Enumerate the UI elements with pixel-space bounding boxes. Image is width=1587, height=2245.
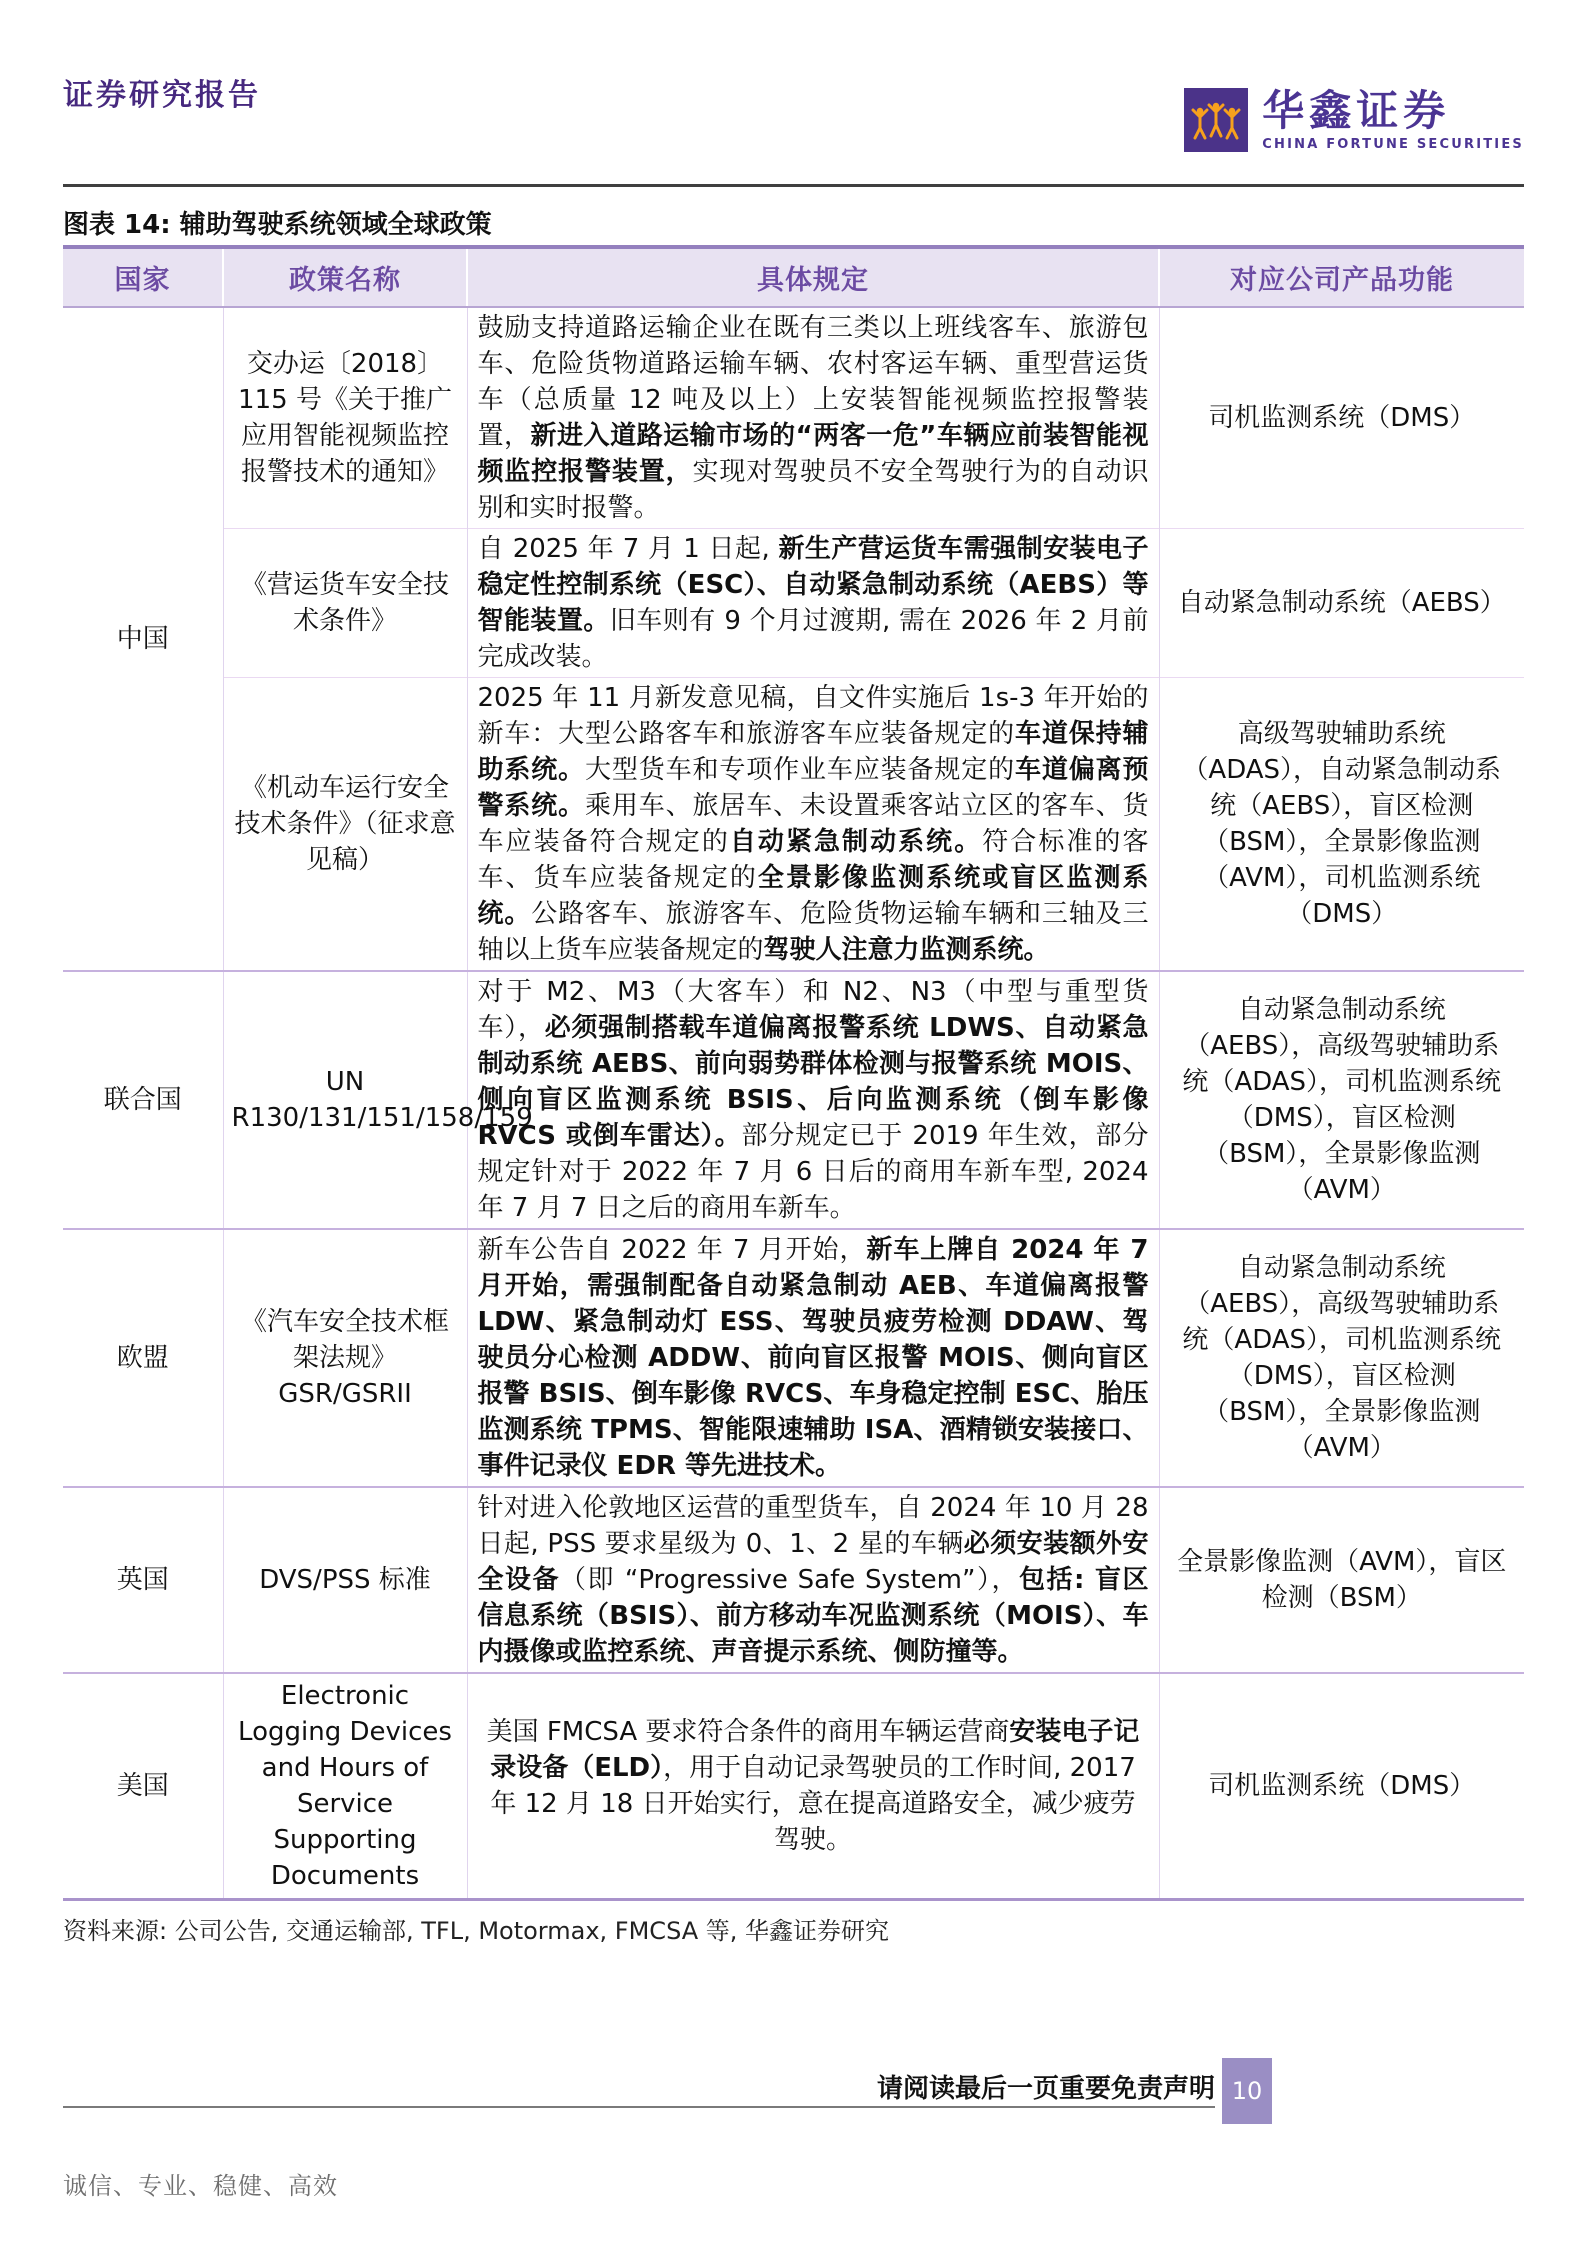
regulation-cell: 新车公告自 2022 年 7 月开始，新车上牌自 2024 年 7 月开始，需强… [467,1229,1159,1487]
policy-name-cell: DVS/PSS 标准 [223,1487,467,1673]
col-header-country: 国家 [63,247,223,307]
regulation-segment: 自 2025 年 7 月 1 日起, [478,534,779,564]
regulation-bold-segment: 驾驶人注意力监测系统。 [764,935,1050,965]
country-cell: 欧盟 [63,1229,223,1487]
products-cell: 高级驾驶辅助系统（ADAS），自动紧急制动系统（AEBS），盲区检测（BSM），… [1159,678,1524,972]
regulation-segment: 美国 FMCSA 要求符合条件的商用车辆运营商 [487,1717,1010,1747]
regulation-cell: 对于 M2、M3（大客车）和 N2、N3（中型与重型货车），必须强制搭载车道偏离… [467,971,1159,1229]
policy-name-cell: 《汽车安全技术框架法规》GSR/GSRII [223,1229,467,1487]
brand-name-cn: 华鑫证券 [1262,88,1524,134]
footer-slogan: 诚信、专业、稳健、高效 [63,2166,338,2201]
products-cell: 自动紧急制动系统（AEBS） [1159,529,1524,678]
policy-table-wrap: 国家 政策名称 具体规定 对应公司产品功能 中国交办运〔2018〕115 号《关… [63,245,1524,1946]
report-page: 证券研究报告 华鑫证券 CHINA FORTUNE SECURITIES 图表 … [0,0,1587,2245]
table-row: 英国DVS/PSS 标准针对进入伦敦地区运营的重型货车，自 2024 年 10 … [63,1487,1524,1673]
brand-block: 华鑫证券 CHINA FORTUNE SECURITIES [1184,88,1524,152]
col-header-regulation: 具体规定 [467,247,1159,307]
policy-table: 国家 政策名称 具体规定 对应公司产品功能 中国交办运〔2018〕115 号《关… [63,245,1524,1901]
policy-name-cell: 《营运货车安全技术条件》 [223,529,467,678]
brand-text: 华鑫证券 CHINA FORTUNE SECURITIES [1262,88,1524,152]
regulation-segment: （即 “Progressive Safe System”）， [560,1565,1019,1595]
regulation-cell: 自 2025 年 7 月 1 日起, 新生产营运货车需强制安装电子稳定性控制系统… [467,529,1159,678]
dancing-figures-icon [1190,98,1242,142]
table-row: 《机动车运行安全技术条件》（征求意见稿）2025 年 11 月新发意见稿，自文件… [63,678,1524,972]
policy-table-head: 国家 政策名称 具体规定 对应公司产品功能 [63,247,1524,307]
header-row: 国家 政策名称 具体规定 对应公司产品功能 [63,247,1524,307]
country-cell: 美国 [63,1673,223,1900]
source-note: 资料来源: 公司公告, 交通运输部, TFL, Motormax, FMCSA … [63,1911,1524,1946]
policy-name-cell: 《机动车运行安全技术条件》（征求意见稿） [223,678,467,972]
footer-divider [63,2106,1215,2108]
col-header-products: 对应公司产品功能 [1159,247,1524,307]
brand-name-en: CHINA FORTUNE SECURITIES [1262,137,1524,152]
regulation-segment: 新车公告自 2022 年 7 月开始， [478,1235,867,1265]
regulation-cell: 2025 年 11 月新发意见稿，自文件实施后 1s-3 年开始的新车：大型公路… [467,678,1159,972]
table-row: 中国交办运〔2018〕115 号《关于推广应用智能视频监控报警技术的通知》鼓励支… [63,307,1524,529]
policy-name-cell: UN R130/131/151/158/159 [223,971,467,1229]
brand-logo [1184,88,1248,152]
table-row: 美国Electronic Logging Devices and Hours o… [63,1673,1524,1900]
regulation-bold-segment: 自动紧急制动系统。 [730,827,982,857]
table-row: 欧盟《汽车安全技术框架法规》GSR/GSRII新车公告自 2022 年 7 月开… [63,1229,1524,1487]
products-cell: 司机监测系统（DMS） [1159,1673,1524,1900]
regulation-bold-segment: 新车上牌自 2024 年 7 月开始，需强制配备自动紧急制动 AEB、车道偏离报… [478,1235,1149,1481]
table-row: 《营运货车安全技术条件》自 2025 年 7 月 1 日起, 新生产营运货车需强… [63,529,1524,678]
country-cell: 中国 [63,307,223,971]
footer-disclaimer: 请阅读最后一页重要免责声明 [63,2068,1215,2105]
regulation-cell: 美国 FMCSA 要求符合条件的商用车辆运营商安装电子记录设备（ELD），用于自… [467,1673,1159,1900]
figure-title: 图表 14: 辅助驾驶系统领域全球政策 [63,204,492,241]
col-header-policy: 政策名称 [223,247,467,307]
page-number-badge: 10 [1222,2058,1272,2124]
regulation-segment: 大型货车和专项作业车应装备规定的 [585,755,1015,785]
country-cell: 联合国 [63,971,223,1229]
products-cell: 自动紧急制动系统（AEBS），高级驾驶辅助系统（ADAS），司机监测系统（DMS… [1159,971,1524,1229]
products-cell: 司机监测系统（DMS） [1159,307,1524,529]
policy-name-cell: Electronic Logging Devices and Hours of … [223,1673,467,1900]
regulation-cell: 鼓励支持道路运输企业在既有三类以上班线客车、旅游包车、危险货物道路运输车辆、农村… [467,307,1159,529]
regulation-cell: 针对进入伦敦地区运营的重型货车，自 2024 年 10 月 28 日起, PSS… [467,1487,1159,1673]
products-cell: 自动紧急制动系统（AEBS），高级驾驶辅助系统（ADAS），司机监测系统（DMS… [1159,1229,1524,1487]
country-cell: 英国 [63,1487,223,1673]
policy-name-cell: 交办运〔2018〕115 号《关于推广应用智能视频监控报警技术的通知》 [223,307,467,529]
table-row: 联合国UN R130/131/151/158/159对于 M2、M3（大客车）和… [63,971,1524,1229]
report-type-label: 证券研究报告 [63,70,261,114]
policy-table-body: 中国交办运〔2018〕115 号《关于推广应用智能视频监控报警技术的通知》鼓励支… [63,307,1524,1900]
header-divider [63,184,1524,187]
products-cell: 全景影像监测（AVM），盲区检测（BSM） [1159,1487,1524,1673]
